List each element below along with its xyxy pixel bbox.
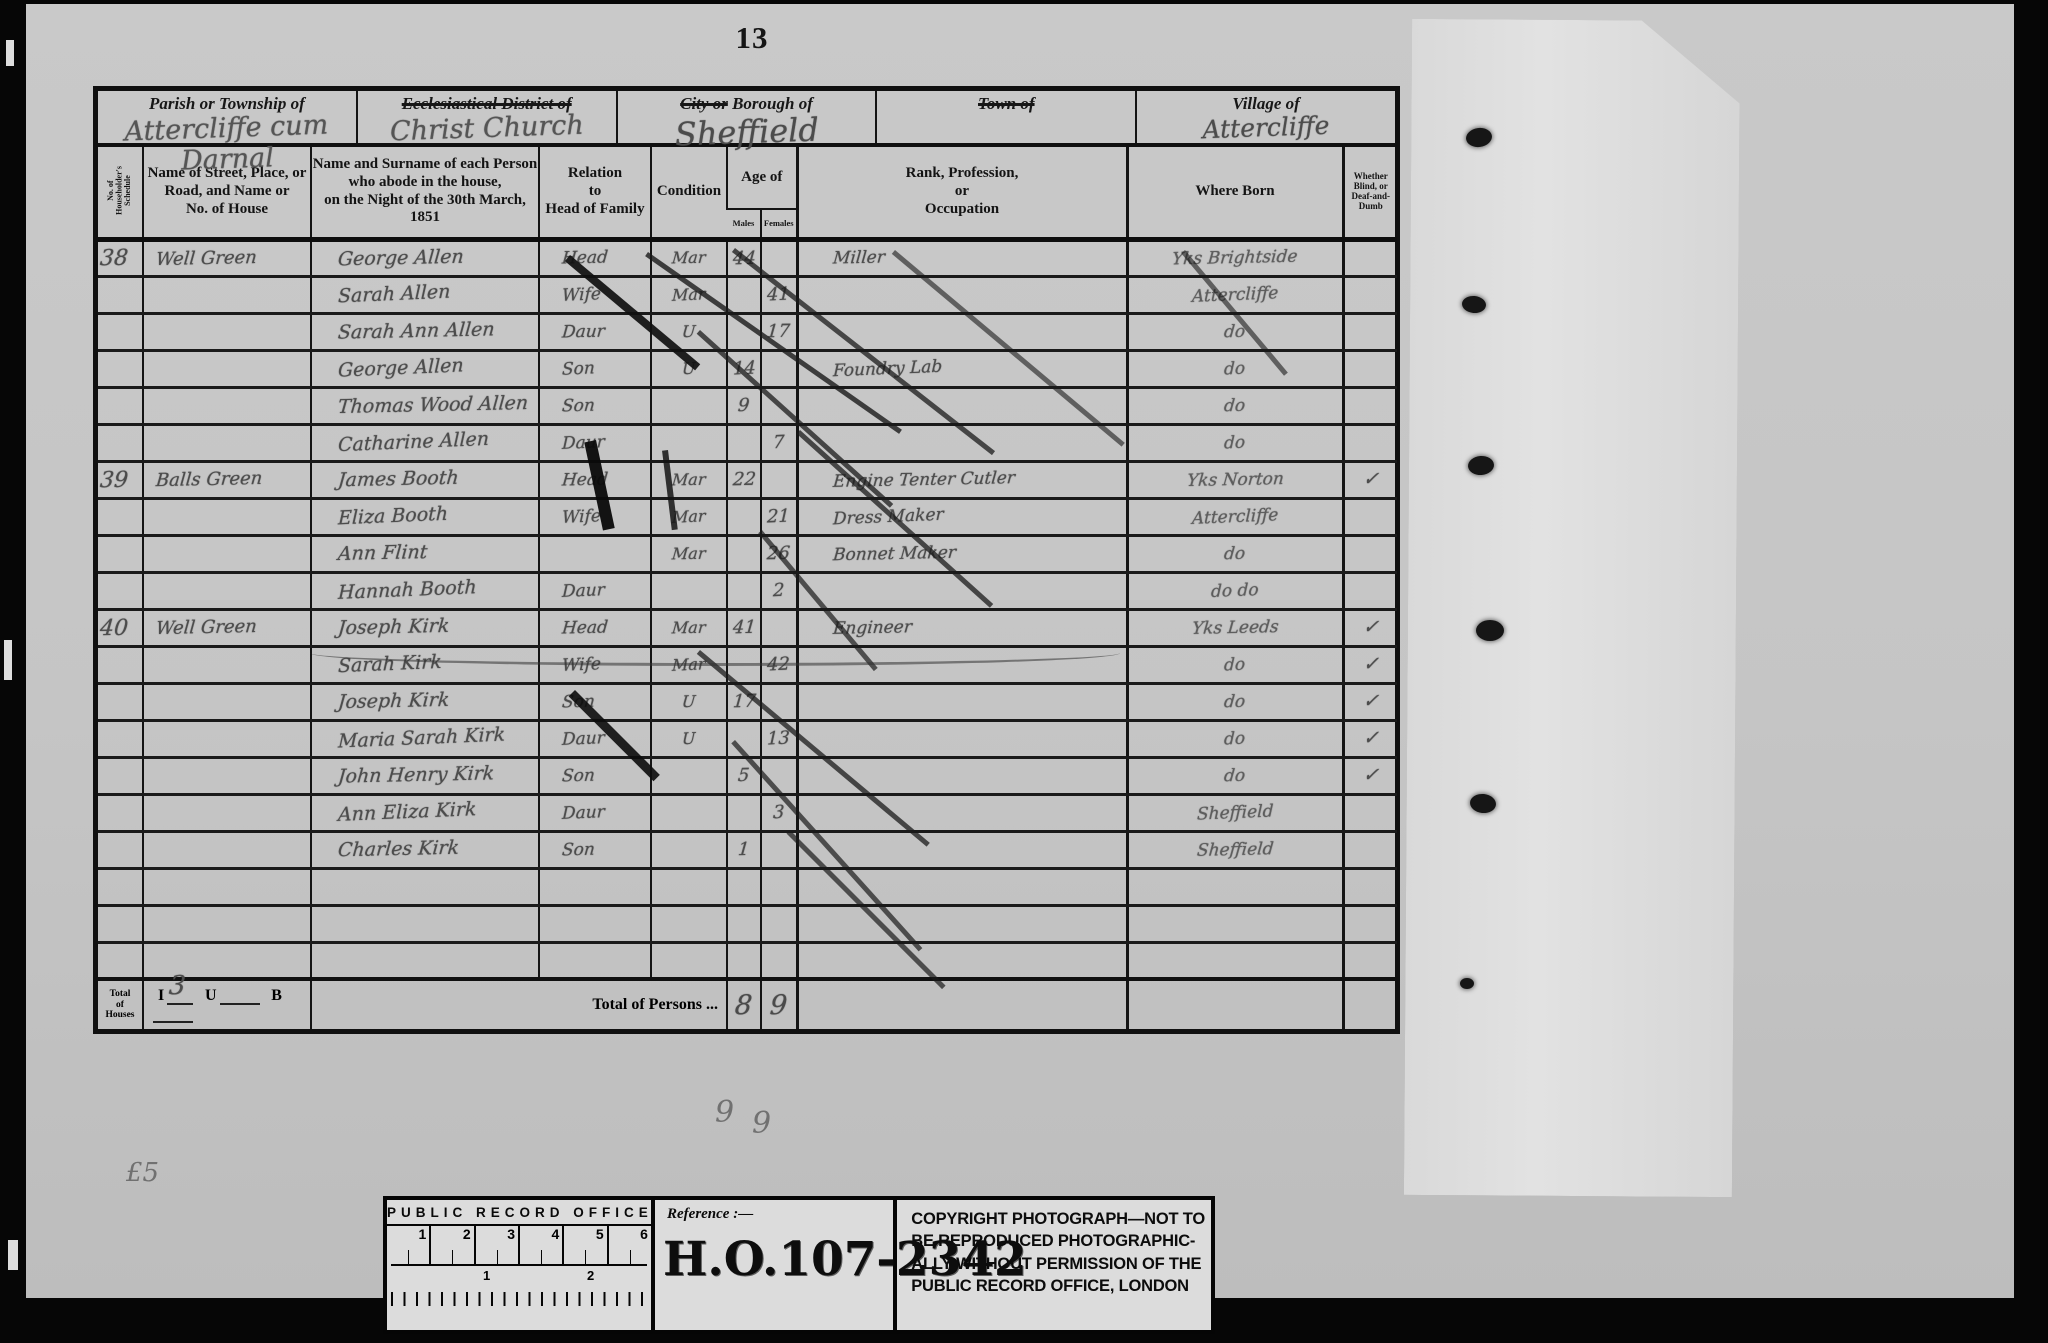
handwritten-entry: Catharine Allen: [338, 428, 490, 456]
census-form: Parish or Township of Attercliffe cum Da…: [93, 86, 1400, 1034]
cell-mark: ✓: [1343, 646, 1397, 683]
cell-m: [727, 572, 761, 609]
cell-born: do: [1127, 683, 1343, 720]
handwritten-entry: Thomas Wood Allen: [337, 392, 529, 418]
handwritten-entry: Well Green: [155, 246, 258, 269]
handwritten-entry: do: [1224, 654, 1246, 675]
cell-rel: Son: [539, 387, 651, 424]
cell-n: [98, 831, 143, 868]
cell-f: 21: [761, 498, 797, 535]
cell-name: Maria Sarah Kirk: [311, 720, 539, 757]
cell-name: Eliza Booth: [311, 498, 539, 535]
cell-street: [143, 276, 311, 313]
cell-name: James Booth: [311, 461, 539, 498]
handwritten-entry: ✓: [1362, 653, 1379, 676]
cell-cond: [651, 757, 727, 794]
handwritten-entry: Mar: [671, 248, 706, 268]
column-header-males: Males: [727, 209, 761, 239]
cell-name: George Allen: [311, 239, 539, 276]
column-header-born: Where Born: [1127, 147, 1343, 239]
cell-street: [143, 831, 311, 868]
handwritten-entry: Sarah Allen: [338, 281, 451, 308]
cell-born: [1127, 905, 1343, 942]
cell-street: Well Green: [143, 239, 311, 276]
cell-cond: [651, 387, 727, 424]
cell-street: [143, 757, 311, 794]
handwritten-entry: Joseph Kirk: [337, 615, 450, 639]
cell-n: [98, 424, 143, 461]
cell-mark: [1343, 868, 1397, 905]
cell-m: [727, 498, 761, 535]
cell-f: [761, 239, 797, 276]
cell-rel: [539, 905, 651, 942]
table-row: [98, 868, 1397, 905]
cell-rel: Daur: [539, 794, 651, 831]
cell-street: [143, 646, 311, 683]
film-speck: [8, 1240, 18, 1270]
handwritten-entry: Son: [561, 839, 596, 860]
totals-empty-born: [1127, 979, 1343, 1029]
field-value-handwritten: Christ Church: [357, 109, 616, 149]
cell-born: Attercliffe: [1127, 276, 1343, 313]
stamp-ruler-cm: 1 2: [391, 1264, 647, 1306]
inhabited-value-handwritten: 3: [168, 971, 187, 1001]
cell-occ: Miller: [797, 239, 1127, 276]
totals-empty-occupation: [797, 979, 1127, 1029]
cell-rel: [539, 942, 651, 979]
handwritten-entry: Son: [561, 395, 596, 416]
cell-mark: [1343, 905, 1397, 942]
cell-name: John Henry Kirk: [311, 757, 539, 794]
cell-mark: [1343, 387, 1397, 424]
cell-cond: [651, 831, 727, 868]
cell-name: George Allen: [311, 350, 539, 387]
cell-m: [727, 535, 761, 572]
cell-name: Catharine Allen: [311, 424, 539, 461]
cell-name: [311, 868, 539, 905]
cell-rel: Son: [539, 350, 651, 387]
cell-occ: [797, 831, 1127, 868]
cell-mark: [1343, 572, 1397, 609]
handwritten-entry: U: [681, 321, 696, 340]
totals-persons-label: Total of Persons ...: [311, 979, 727, 1029]
handwritten-entry: Mar: [671, 543, 706, 563]
cell-mark: [1343, 498, 1397, 535]
handwritten-entry: 5: [737, 765, 750, 786]
form-header-field-parish: Parish or Township of Attercliffe cum Da…: [98, 91, 356, 143]
cell-m: 22: [727, 461, 761, 498]
cell-street: [143, 387, 311, 424]
handwritten-entry: Son: [561, 765, 596, 786]
cell-n: [98, 868, 143, 905]
ruler-inch: 2: [431, 1226, 475, 1264]
reference-label: Reference :—: [655, 1200, 893, 1223]
cell-mark: ✓: [1343, 683, 1397, 720]
table-row: Hannah BoothDaur2do do: [98, 572, 1397, 609]
cell-street: [143, 313, 311, 350]
building-blank: [153, 1005, 193, 1023]
cell-name: Ann Eliza Kirk: [311, 794, 539, 831]
table-row: Sarah Ann AllenDaurU17do: [98, 313, 1397, 350]
handwritten-entry: Miller: [832, 247, 886, 268]
table-row: Charles KirkSon1Sheffield: [98, 831, 1397, 868]
cell-name: Ann Flint: [311, 535, 539, 572]
cell-street: [143, 535, 311, 572]
handwritten-entry: do: [1224, 543, 1247, 563]
handwritten-entry: do: [1224, 728, 1246, 749]
ruler-inch: 3: [476, 1226, 520, 1264]
cell-n: [98, 350, 143, 387]
ghost-mark-females: 9: [752, 1106, 771, 1141]
cell-f: [761, 942, 797, 979]
cell-rel: Daur: [539, 572, 651, 609]
handwritten-entry: do: [1224, 395, 1247, 415]
cell-rel: Son: [539, 831, 651, 868]
handwritten-entry: Ann Eliza Kirk: [338, 798, 477, 826]
cell-occ: Foundry Lab: [797, 350, 1127, 387]
cell-n: [98, 387, 143, 424]
stamp-ruler-inches: 1 2 3 4 5 6: [387, 1224, 651, 1264]
cell-n: [98, 276, 143, 313]
cell-mark: [1343, 794, 1397, 831]
cell-name: Thomas Wood Allen: [311, 387, 539, 424]
field-value-handwritten: Attercliffe: [1137, 109, 1396, 147]
cell-m: [727, 905, 761, 942]
cell-n: [98, 572, 143, 609]
cell-rel: [539, 535, 651, 572]
cell-street: Balls Green: [143, 461, 311, 498]
handwritten-entry: James Booth: [337, 467, 460, 492]
cell-cond: Mar: [651, 239, 727, 276]
cell-cond: Mar: [651, 535, 727, 572]
cell-n: [98, 498, 143, 535]
handwritten-entry: Daur: [562, 802, 605, 824]
table-row: [98, 942, 1397, 979]
cell-cond: [651, 572, 727, 609]
census-table-body: 38Well GreenGeorge AllenHeadMar44MillerY…: [98, 239, 1397, 979]
cell-rel: [539, 868, 651, 905]
cell-rel: Wife: [539, 498, 651, 535]
table-row: [98, 905, 1397, 942]
form-header-field-village: Village of Attercliffe: [1135, 91, 1395, 143]
ghost-mark-males: 9: [715, 1095, 734, 1130]
form-header-band: Parish or Township of Attercliffe cum Da…: [98, 91, 1395, 147]
cell-f: 13: [761, 720, 797, 757]
handwritten-entry: ✓: [1362, 764, 1380, 786]
cell-mark: [1343, 942, 1397, 979]
table-row: Sarah AllenWifeMar41Attercliffe: [98, 276, 1397, 313]
ruler-inch: 4: [520, 1226, 564, 1264]
handwritten-entry: Ann Flint: [337, 541, 428, 565]
cell-n: 38: [98, 239, 143, 276]
cell-street: [143, 498, 311, 535]
handwritten-entry: do: [1224, 432, 1246, 453]
handwritten-entry: Sheffield: [1196, 801, 1273, 824]
uninhabited-blank: [220, 987, 260, 1005]
handwritten-entry: ✓: [1362, 468, 1380, 490]
cell-n: [98, 683, 143, 720]
punch-hole: [1460, 978, 1474, 989]
field-value-handwritten: Attercliffe cum Darnal: [97, 109, 357, 180]
cell-born: Attercliffe: [1127, 498, 1343, 535]
handwritten-entry: George Allen: [338, 354, 464, 381]
handwritten-entry: Joseph Kirk: [337, 689, 450, 713]
table-row: Ann FlintMar26Bonnet Makerdo: [98, 535, 1397, 572]
cell-n: [98, 757, 143, 794]
cell-born: do: [1127, 720, 1343, 757]
page-edge: [1404, 19, 1740, 1197]
cell-m: 9: [727, 387, 761, 424]
cell-mark: [1343, 276, 1397, 313]
cell-f: [761, 683, 797, 720]
cell-street: [143, 720, 311, 757]
totals-males: 8: [727, 979, 761, 1029]
handwritten-entry: 22: [732, 469, 757, 491]
cell-n: 39: [98, 461, 143, 498]
cell-m: [727, 276, 761, 313]
film-speck: [4, 640, 12, 680]
handwritten-entry: Well Green: [155, 616, 258, 639]
ruler-inch: 1: [387, 1226, 431, 1264]
cell-f: [761, 905, 797, 942]
cell-born: Yks Norton: [1127, 461, 1343, 498]
cell-street: [143, 942, 311, 979]
cell-m: [727, 424, 761, 461]
cell-occ: [797, 720, 1127, 757]
handwritten-entry: Yks Leeds: [1191, 617, 1279, 639]
cell-born: do: [1127, 757, 1343, 794]
table-row: Thomas Wood AllenSon9do: [98, 387, 1397, 424]
ink-swash-underline: [310, 640, 1120, 666]
column-header-blind: Whether Blind, or Deaf-and- Dumb: [1343, 147, 1397, 239]
handwritten-entry: John Henry Kirk: [337, 762, 495, 787]
cell-name: Joseph Kirk: [311, 683, 539, 720]
handwritten-entry: ✓: [1362, 727, 1379, 750]
cell-street: [143, 905, 311, 942]
cell-cond: [651, 868, 727, 905]
cell-m: 1: [727, 831, 761, 868]
handwritten-entry: Head: [561, 617, 609, 638]
handwritten-entry: Eliza Booth: [338, 503, 449, 530]
handwritten-entry: Attercliffe: [1192, 505, 1279, 529]
cell-n: [98, 313, 143, 350]
cell-f: [761, 461, 797, 498]
uninhabited-label: U: [205, 987, 217, 1004]
cell-mark: [1343, 239, 1397, 276]
column-header-occupation: Rank, Profession, or Occupation: [797, 147, 1127, 239]
cell-n: [98, 794, 143, 831]
totals-females: 9: [761, 979, 797, 1029]
stamp-reference-section: Reference :— H.O.107-2342: [655, 1200, 897, 1330]
cell-mark: [1343, 313, 1397, 350]
form-header-field-borough: City or Borough of Sheffield: [616, 91, 876, 143]
cell-occ: Bonnet Maker: [797, 535, 1127, 572]
handwritten-entry: 21: [767, 505, 790, 527]
cell-street: Well Green: [143, 609, 311, 646]
copyright-line: COPYRIGHT PHOTOGRAPH—NOT TO: [911, 1208, 1205, 1230]
handwritten-entry: ✓: [1362, 690, 1380, 712]
handwritten-entry: 1: [737, 839, 750, 860]
table-row: George AllenSonU14Foundry Labdo: [98, 350, 1397, 387]
cell-cond: [651, 942, 727, 979]
cell-m: [727, 942, 761, 979]
cell-cond: Mar: [651, 498, 727, 535]
form-header-field-ecclesiastical: Ecclesiastical District of Christ Church: [356, 91, 616, 143]
cell-street: [143, 794, 311, 831]
cell-f: 3: [761, 794, 797, 831]
page-number: 13: [712, 20, 792, 56]
handwritten-entry: 7: [773, 432, 785, 454]
cell-born: do: [1127, 387, 1343, 424]
handwritten-entry: Sarah Ann Allen: [337, 318, 495, 343]
cell-mark: [1343, 831, 1397, 868]
cell-n: [98, 646, 143, 683]
totals-houses-values: I3 U B: [143, 979, 311, 1029]
table-row: John Henry KirkSon5do✓: [98, 757, 1397, 794]
column-header-relation: Relation to Head of Family: [539, 147, 651, 239]
handwritten-entry: Charles Kirk: [337, 837, 460, 862]
cell-name: Sarah Allen: [311, 276, 539, 313]
handwritten-entry: Maria Sarah Kirk: [338, 723, 506, 752]
handwritten-entry: Sheffield: [1196, 839, 1274, 861]
handwritten-entry: 9: [737, 395, 750, 416]
handwritten-entry: do: [1224, 691, 1247, 711]
cell-name: Hannah Booth: [311, 572, 539, 609]
cell-occ: Dress Maker: [797, 498, 1127, 535]
handwritten-entry: ✓: [1362, 616, 1380, 638]
inhabited-blank: 3: [167, 987, 193, 1005]
cell-born: do: [1127, 646, 1343, 683]
totals-empty-blind: [1343, 979, 1397, 1029]
handwritten-entry: Wife: [562, 506, 601, 528]
reference-number: H.O.107-2342: [663, 1232, 1093, 1287]
cell-street: [143, 350, 311, 387]
cell-mark: [1343, 350, 1397, 387]
cell-born: Sheffield: [1127, 831, 1343, 868]
cell-n: 40: [98, 609, 143, 646]
cell-born: do do: [1127, 572, 1343, 609]
stamp-office-title: PUBLIC RECORD OFFICE: [387, 1200, 651, 1220]
handwritten-entry: George Allen: [337, 245, 465, 270]
cell-name: Charles Kirk: [311, 831, 539, 868]
cell-occ: [797, 942, 1127, 979]
cell-mark: ✓: [1343, 609, 1397, 646]
cell-born: do: [1127, 424, 1343, 461]
ghost-mark-left: £5: [126, 1158, 159, 1188]
handwritten-entry: do: [1224, 358, 1246, 379]
cell-born: Yks Brightside: [1127, 239, 1343, 276]
table-row: Catharine AllenDaur7do: [98, 424, 1397, 461]
cell-n: [98, 942, 143, 979]
cell-cond: [651, 905, 727, 942]
handwritten-entry: Yks Norton: [1186, 468, 1285, 490]
cell-born: do: [1127, 535, 1343, 572]
totals-houses-label: Total of Houses: [98, 979, 143, 1029]
handwritten-entry: Balls Green: [155, 468, 263, 491]
cell-occ: [797, 905, 1127, 942]
cell-f: 2: [761, 572, 797, 609]
cell-born: Yks Leeds: [1127, 609, 1343, 646]
cell-n: [98, 720, 143, 757]
handwritten-entry: 3: [773, 802, 785, 824]
cell-born: Sheffield: [1127, 794, 1343, 831]
cell-mark: ✓: [1343, 461, 1397, 498]
cell-mark: ✓: [1343, 757, 1397, 794]
cell-occ: [797, 313, 1127, 350]
cell-f: [761, 868, 797, 905]
cell-name: [311, 942, 539, 979]
handwritten-entry: 41: [732, 617, 757, 639]
cell-name: Joseph Kirk: [311, 609, 539, 646]
cell-cond: U: [651, 720, 727, 757]
cell-street: [143, 572, 311, 609]
cell-street: [143, 868, 311, 905]
pro-stamp: PUBLIC RECORD OFFICE 1 2 3 4 5 6 1 2 Ref…: [383, 1196, 1215, 1334]
table-row: 39Balls GreenJames BoothHeadMar22Engine …: [98, 461, 1397, 498]
cell-rel: Head: [539, 239, 651, 276]
cell-cond: Mar: [651, 461, 727, 498]
cell-n: [98, 535, 143, 572]
table-row: Maria Sarah KirkDaurU13do✓: [98, 720, 1397, 757]
cell-born: [1127, 868, 1343, 905]
cell-occ: [797, 794, 1127, 831]
handwritten-entry: Mar: [671, 617, 706, 637]
form-header-field-town: Town of: [875, 91, 1135, 143]
handwritten-entry: Daur: [562, 728, 605, 750]
handwritten-entry: 40: [99, 615, 129, 641]
handwritten-entry: do do: [1211, 579, 1259, 601]
cell-street: [143, 683, 311, 720]
handwritten-entry: Son: [562, 358, 595, 379]
stamp-ruler-section: PUBLIC RECORD OFFICE 1 2 3 4 5 6 1 2: [387, 1200, 655, 1330]
handwritten-entry: Daur: [562, 580, 605, 602]
cell-cond: U: [651, 683, 727, 720]
table-row: Ann Eliza KirkDaur3Sheffield: [98, 794, 1397, 831]
punch-hole: [1476, 620, 1504, 641]
cell-m: [727, 868, 761, 905]
handwritten-entry: Attercliffe: [1192, 283, 1279, 307]
handwritten-entry: 39: [99, 467, 129, 493]
cell-mark: [1343, 424, 1397, 461]
film-speck: [6, 40, 14, 66]
cell-m: [727, 794, 761, 831]
cell-born: [1127, 942, 1343, 979]
ruler-inch: 6: [609, 1226, 651, 1264]
field-label: Town of: [877, 91, 1135, 114]
ruler-cm-number: 2: [587, 1268, 594, 1283]
ruler-cm-number: 1: [483, 1268, 490, 1283]
handwritten-entry: 2: [773, 580, 785, 602]
cell-name: [311, 905, 539, 942]
column-header-condition: Condition: [651, 147, 727, 239]
handwritten-entry: 13: [767, 727, 790, 749]
cell-born: do: [1127, 350, 1343, 387]
handwritten-entry: do: [1224, 765, 1247, 785]
cell-f: 7: [761, 424, 797, 461]
handwritten-entry: U: [682, 728, 696, 748]
cell-cond: [651, 794, 727, 831]
handwritten-entry: Mar: [671, 469, 706, 489]
handwritten-entry: U: [681, 691, 696, 710]
table-row: Joseph KirkSonU17do✓: [98, 683, 1397, 720]
ruler-inch: 5: [564, 1226, 608, 1264]
handwritten-entry: Daur: [561, 321, 606, 342]
cell-mark: ✓: [1343, 720, 1397, 757]
totals-row: Total of Houses I3 U B Total of Persons …: [98, 979, 1397, 1029]
building-label: B: [271, 987, 282, 1004]
handwritten-entry: 38: [99, 246, 129, 272]
cell-mark: [1343, 535, 1397, 572]
